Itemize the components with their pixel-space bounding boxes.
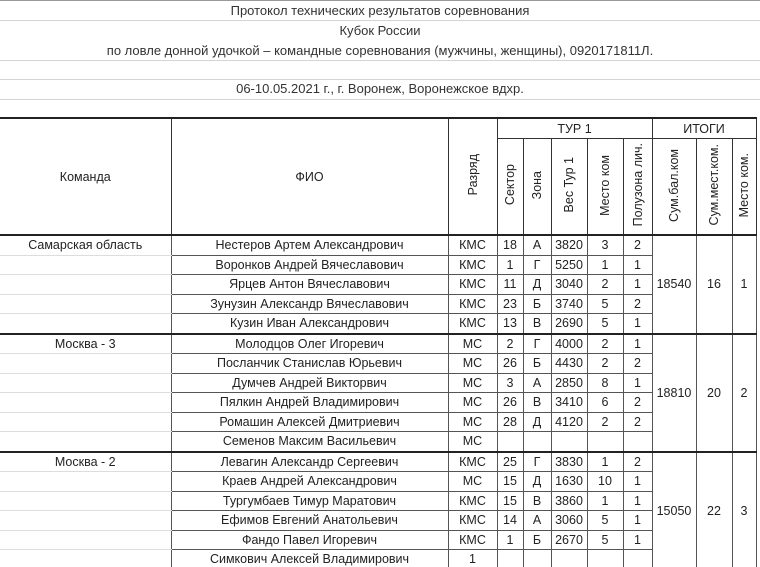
rank-cell: КМС bbox=[448, 491, 497, 511]
weight-cell: 1630 bbox=[551, 472, 587, 492]
weight-cell bbox=[551, 432, 587, 452]
zone-cell: Б bbox=[523, 354, 551, 374]
athlete-name: Молодцов Олег Игоревич bbox=[171, 334, 448, 354]
team-cell bbox=[0, 373, 171, 393]
sector-cell bbox=[497, 550, 523, 567]
weight-cell: 2690 bbox=[551, 314, 587, 334]
team-place-cell: 5 bbox=[587, 530, 623, 550]
table-row: Семенов Максим ВасильевичМС bbox=[0, 432, 756, 452]
table-row: Ромашин Алексей ДмитриевичМС28Д412022 bbox=[0, 412, 756, 432]
date-location: 06-10.05.2021 г., г. Воронеж, Воронежско… bbox=[0, 81, 760, 96]
halfzone-cell: 2 bbox=[623, 294, 652, 314]
final-place-cell: 2 bbox=[732, 334, 756, 452]
weight-cell: 3860 bbox=[551, 491, 587, 511]
sector-cell: 23 bbox=[497, 294, 523, 314]
team-place-cell: 2 bbox=[587, 354, 623, 374]
athlete-name: Пялкин Андрей Владимирович bbox=[171, 393, 448, 413]
team-place-cell: 3 bbox=[587, 235, 623, 255]
table-row: Тургумбаев Тимур МаратовичКМС15В386011 bbox=[0, 491, 756, 511]
table-row: Ефимов Евгений АнатольевичКМС14А306051 bbox=[0, 511, 756, 531]
zone-cell: Д bbox=[523, 472, 551, 492]
team-cell bbox=[0, 275, 171, 295]
header-name: ФИО bbox=[171, 118, 448, 235]
sector-cell: 14 bbox=[497, 511, 523, 531]
weight-cell: 4000 bbox=[551, 334, 587, 354]
rank-cell: КМС bbox=[448, 294, 497, 314]
halfzone-cell: 1 bbox=[623, 334, 652, 354]
halfzone-cell: 1 bbox=[623, 472, 652, 492]
halfzone-cell: 2 bbox=[623, 412, 652, 432]
athlete-name: Думчев Андрей Викторвич bbox=[171, 373, 448, 393]
team-place-cell bbox=[587, 550, 623, 567]
weight-cell: 2670 bbox=[551, 530, 587, 550]
team-place-cell: 1 bbox=[587, 491, 623, 511]
sector-cell: 1 bbox=[497, 530, 523, 550]
sum-places-cell: 22 bbox=[696, 452, 732, 567]
table-row: Воронков Андрей ВячеславовичКМС1Г525011 bbox=[0, 255, 756, 275]
sector-cell: 15 bbox=[497, 491, 523, 511]
athlete-name: Кузин Иван Александрович bbox=[171, 314, 448, 334]
table-row: Кузин Иван АлександровичКМС13В269051 bbox=[0, 314, 756, 334]
header-team-place: Место ком bbox=[587, 139, 623, 236]
rank-cell: 1 bbox=[448, 550, 497, 567]
athlete-name: Зунузин Александр Вячеславович bbox=[171, 294, 448, 314]
team-cell: Москва - 2 bbox=[0, 452, 171, 472]
athlete-name: Левагин Александр Сергеевич bbox=[171, 452, 448, 472]
weight-cell: 3040 bbox=[551, 275, 587, 295]
team-place-cell: 6 bbox=[587, 393, 623, 413]
zone-cell: А bbox=[523, 373, 551, 393]
athlete-name: Ефимов Евгений Анатольевич bbox=[171, 511, 448, 531]
team-place-cell: 5 bbox=[587, 314, 623, 334]
team-place-cell: 1 bbox=[587, 255, 623, 275]
athlete-name: Семенов Максим Васильевич bbox=[171, 432, 448, 452]
rank-cell: МС bbox=[448, 373, 497, 393]
athlete-name: Краев Андрей Александрович bbox=[171, 472, 448, 492]
team-cell bbox=[0, 550, 171, 567]
sum-points-cell: 18810 bbox=[652, 334, 696, 452]
header-zone: Зона bbox=[523, 139, 551, 236]
zone-cell: Г bbox=[523, 452, 551, 472]
sector-cell: 28 bbox=[497, 412, 523, 432]
rank-cell: КМС bbox=[448, 275, 497, 295]
weight-cell: 3830 bbox=[551, 452, 587, 472]
athlete-name: Посланчик Станислав Юрьевич bbox=[171, 354, 448, 374]
sum-points-cell: 15050 bbox=[652, 452, 696, 567]
table-row: Фандо Павел ИгоревичКМС1Б267051 bbox=[0, 530, 756, 550]
halfzone-cell bbox=[623, 550, 652, 567]
header-tour-1: ТУР 1 bbox=[497, 118, 652, 139]
rank-cell: МС bbox=[448, 393, 497, 413]
halfzone-cell: 1 bbox=[623, 275, 652, 295]
table-row: Зунузин Александр ВячеславовичКМС23Б3740… bbox=[0, 294, 756, 314]
rank-cell: МС bbox=[448, 354, 497, 374]
athlete-name: Симкович Алексей Владимирович bbox=[171, 550, 448, 567]
weight-cell: 3410 bbox=[551, 393, 587, 413]
team-cell bbox=[0, 314, 171, 334]
sector-cell: 13 bbox=[497, 314, 523, 334]
team-cell bbox=[0, 432, 171, 452]
zone-cell: Г bbox=[523, 255, 551, 275]
sector-cell: 1 bbox=[497, 255, 523, 275]
header-totals: ИТОГИ bbox=[652, 118, 756, 139]
team-cell: Самарская область bbox=[0, 235, 171, 255]
divider bbox=[0, 99, 760, 100]
team-cell bbox=[0, 255, 171, 275]
table-row: Посланчик Станислав ЮрьевичМС26Б443022 bbox=[0, 354, 756, 374]
rank-cell: МС bbox=[448, 432, 497, 452]
sector-cell: 18 bbox=[497, 235, 523, 255]
sector-cell: 3 bbox=[497, 373, 523, 393]
table-row: Москва - 2Левагин Александр СергеевичКМС… bbox=[0, 452, 756, 472]
team-place-cell: 10 bbox=[587, 472, 623, 492]
halfzone-cell: 1 bbox=[623, 491, 652, 511]
athlete-name: Тургумбаев Тимур Маратович bbox=[171, 491, 448, 511]
team-place-cell: 5 bbox=[587, 294, 623, 314]
zone-cell bbox=[523, 550, 551, 567]
zone-cell: Б bbox=[523, 294, 551, 314]
weight-cell: 4430 bbox=[551, 354, 587, 374]
zone-cell: Б bbox=[523, 530, 551, 550]
rank-cell: КМС bbox=[448, 235, 497, 255]
table-row: Самарская областьНестеров Артем Александ… bbox=[0, 235, 756, 255]
halfzone-cell: 2 bbox=[623, 393, 652, 413]
results-table: Команда ФИО Разряд ТУР 1 ИТОГИ Сектор Зо… bbox=[0, 117, 757, 567]
weight-cell: 5250 bbox=[551, 255, 587, 275]
halfzone-cell: 1 bbox=[623, 255, 652, 275]
team-cell bbox=[0, 472, 171, 492]
halfzone-cell: 1 bbox=[623, 373, 652, 393]
weight-cell: 3740 bbox=[551, 294, 587, 314]
table-row: Краев Андрей АлександровичМС15Д1630101 bbox=[0, 472, 756, 492]
table-row: Симкович Алексей Владимирович1 bbox=[0, 550, 756, 567]
rank-cell: МС bbox=[448, 334, 497, 354]
table-row: Думчев Андрей ВикторвичМС3А285081 bbox=[0, 373, 756, 393]
weight-cell: 3060 bbox=[551, 511, 587, 531]
team-cell: Москва - 3 bbox=[0, 334, 171, 354]
divider bbox=[0, 60, 760, 61]
header-halfzone: Полузона лич. bbox=[623, 139, 652, 236]
team-cell bbox=[0, 530, 171, 550]
final-place-cell: 3 bbox=[732, 452, 756, 567]
team-place-cell: 8 bbox=[587, 373, 623, 393]
sector-cell: 2 bbox=[497, 334, 523, 354]
zone-cell: А bbox=[523, 511, 551, 531]
header-team: Команда bbox=[0, 118, 171, 235]
sum-places-cell: 16 bbox=[696, 235, 732, 334]
team-place-cell bbox=[587, 432, 623, 452]
zone-cell: В bbox=[523, 491, 551, 511]
rank-cell: КМС bbox=[448, 511, 497, 531]
sector-cell: 15 bbox=[497, 472, 523, 492]
team-place-cell: 2 bbox=[587, 412, 623, 432]
table-row: Пялкин Андрей ВладимировичМС26В341062 bbox=[0, 393, 756, 413]
rank-cell: КМС bbox=[448, 314, 497, 334]
divider bbox=[0, 0, 760, 1]
team-place-cell: 1 bbox=[587, 452, 623, 472]
header-sum-places: Сум.мест.ком. bbox=[696, 139, 732, 236]
halfzone-cell: 2 bbox=[623, 235, 652, 255]
zone-cell: Д bbox=[523, 275, 551, 295]
rank-cell: КМС bbox=[448, 530, 497, 550]
halfzone-cell: 1 bbox=[623, 530, 652, 550]
sum-points-cell: 18540 bbox=[652, 235, 696, 334]
sector-cell: 26 bbox=[497, 393, 523, 413]
sector-cell: 25 bbox=[497, 452, 523, 472]
weight-cell: 2850 bbox=[551, 373, 587, 393]
cup-title: Кубок России bbox=[0, 23, 760, 38]
weight-cell: 3820 bbox=[551, 235, 587, 255]
divider bbox=[0, 20, 760, 21]
athlete-name: Воронков Андрей Вячеславович bbox=[171, 255, 448, 275]
athlete-name: Ромашин Алексей Дмитриевич bbox=[171, 412, 448, 432]
header-rank: Разряд bbox=[448, 118, 497, 235]
table-row: Ярцев Антон ВячеславовичКМС11Д304021 bbox=[0, 275, 756, 295]
sector-cell bbox=[497, 432, 523, 452]
halfzone-cell: 1 bbox=[623, 511, 652, 531]
divider bbox=[0, 79, 760, 80]
table-row: Москва - 3Молодцов Олег ИгоревичМС2Г4000… bbox=[0, 334, 756, 354]
sum-places-cell: 20 bbox=[696, 334, 732, 452]
halfzone-cell: 2 bbox=[623, 354, 652, 374]
halfzone-cell: 1 bbox=[623, 314, 652, 334]
zone-cell bbox=[523, 432, 551, 452]
team-cell bbox=[0, 491, 171, 511]
weight-cell: 4120 bbox=[551, 412, 587, 432]
athlete-name: Ярцев Антон Вячеславович bbox=[171, 275, 448, 295]
team-place-cell: 2 bbox=[587, 275, 623, 295]
team-cell bbox=[0, 393, 171, 413]
header-sector: Сектор bbox=[497, 139, 523, 236]
rank-cell: МС bbox=[448, 472, 497, 492]
zone-cell: В bbox=[523, 393, 551, 413]
header-weight: Вес Тур 1 bbox=[551, 139, 587, 236]
header-final-place: Место ком. bbox=[732, 139, 756, 236]
team-place-cell: 2 bbox=[587, 334, 623, 354]
team-cell bbox=[0, 412, 171, 432]
final-place-cell: 1 bbox=[732, 235, 756, 334]
sector-cell: 11 bbox=[497, 275, 523, 295]
athlete-name: Нестеров Артем Александрович bbox=[171, 235, 448, 255]
team-place-cell: 5 bbox=[587, 511, 623, 531]
zone-cell: Г bbox=[523, 334, 551, 354]
team-cell bbox=[0, 511, 171, 531]
halfzone-cell: 2 bbox=[623, 452, 652, 472]
competition-subtitle: по ловле донной удочкой – командные соре… bbox=[0, 43, 760, 58]
team-cell bbox=[0, 294, 171, 314]
rank-cell: КМС bbox=[448, 452, 497, 472]
athlete-name: Фандо Павел Игоревич bbox=[171, 530, 448, 550]
weight-cell bbox=[551, 550, 587, 567]
rank-cell: КМС bbox=[448, 255, 497, 275]
sector-cell: 26 bbox=[497, 354, 523, 374]
zone-cell: В bbox=[523, 314, 551, 334]
team-cell bbox=[0, 354, 171, 374]
zone-cell: А bbox=[523, 235, 551, 255]
zone-cell: Д bbox=[523, 412, 551, 432]
header-sum-points: Сум.бал.ком bbox=[652, 139, 696, 236]
halfzone-cell bbox=[623, 432, 652, 452]
rank-cell: МС bbox=[448, 412, 497, 432]
protocol-title: Протокол технических результатов соревно… bbox=[0, 3, 760, 18]
